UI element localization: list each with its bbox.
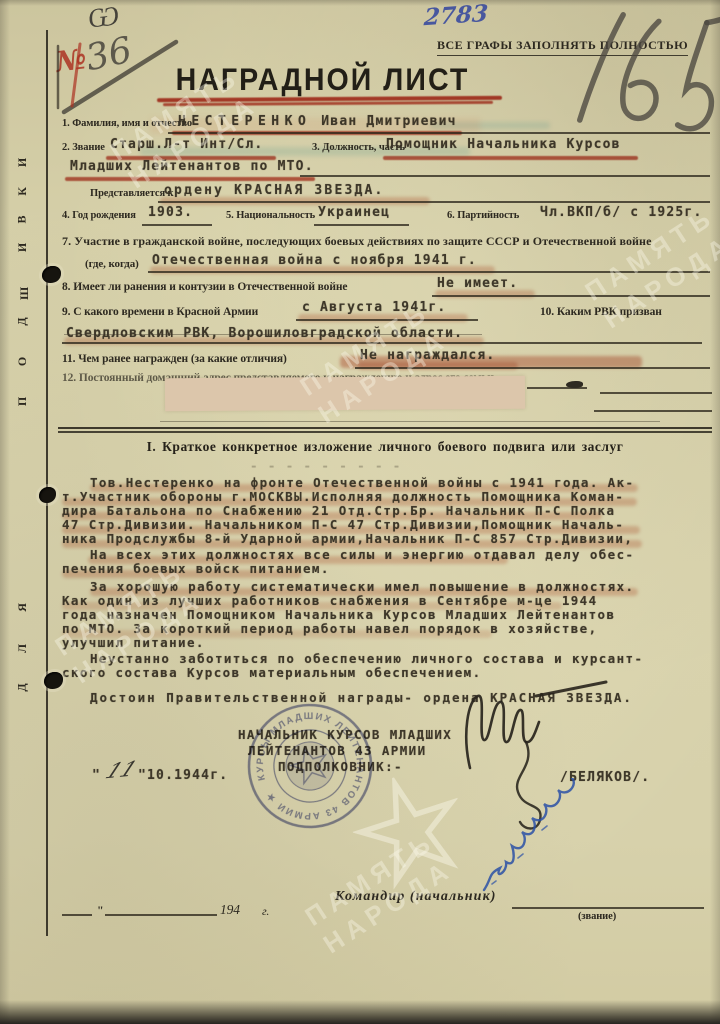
- body-line: улучшил питание.: [62, 635, 662, 650]
- field7-label: 7. Участие в гражданской войне, последую…: [62, 234, 652, 249]
- form-line: [148, 271, 710, 273]
- punch-hole: [39, 487, 56, 503]
- form-line: [158, 201, 710, 203]
- body-line: На всех этих должностях все силы и энерг…: [62, 547, 662, 562]
- field2-value: Старш.Л-т Инт/Сл.: [110, 137, 263, 152]
- presented-value: ордену КРАСНАЯ ЗВЕЗДА.: [164, 183, 385, 198]
- award-sheet-document: ПАМЯТЬ НАРОДА ПАМЯТЬ НАРОДА ПАМЯТЬ НАРОД…: [0, 0, 720, 1024]
- form-line: [296, 319, 478, 321]
- margin-letter: П: [15, 397, 30, 406]
- field7-value: Отечественная война с ноября 1941 г.: [152, 253, 477, 268]
- margin-letter: Д: [15, 683, 30, 691]
- field5-label: 5. Национальность: [226, 210, 315, 221]
- footer-year-blank: 194: [220, 902, 240, 918]
- punch-hole: [44, 672, 63, 689]
- field4-label: 4. Год рождения: [62, 210, 136, 221]
- form-line: [314, 224, 409, 226]
- margin-letter: В: [14, 216, 29, 224]
- form-line: [105, 914, 217, 916]
- form-line: [355, 367, 710, 369]
- ink-blob: [566, 381, 583, 388]
- scan-edge-bottom: [0, 1000, 720, 1024]
- body-line: Тов.Нестеренко на фронте Отечественной в…: [62, 475, 662, 490]
- punch-hole: [42, 266, 61, 283]
- title-red-underline: [163, 101, 493, 106]
- margin-letter: Я: [15, 603, 30, 612]
- field1-value: НЕСТЕРЕНКО Иван Дмитриевич: [178, 112, 457, 130]
- field2-label: 2. Звание: [62, 142, 105, 153]
- field4-value: 1903.: [148, 205, 193, 220]
- form-line: [62, 914, 92, 916]
- binding-line: [46, 30, 48, 936]
- form-line: [62, 342, 702, 344]
- scan-edge-right: [710, 0, 720, 1024]
- body-line: Неустанно заботиться по обеспечению личн…: [62, 651, 662, 666]
- red-smear: [435, 290, 535, 298]
- body-line: 47 Стр.Дивизии. Начальником П-С 47 Стр.Д…: [62, 517, 662, 532]
- body-line: по МТО. За короткий период работы навел …: [62, 621, 662, 636]
- presented-label: Представляется к: [90, 188, 174, 199]
- red-smear: [358, 362, 518, 370]
- scan-edge-top: [0, 0, 720, 6]
- body-line: ника Продслужбы 8-й Ударной армии,Началь…: [62, 531, 662, 546]
- date-rest: "10.1944г.: [138, 768, 228, 783]
- redaction-box: [165, 376, 525, 412]
- double-rule: [58, 427, 712, 429]
- scan-edge-left: [0, 0, 10, 1024]
- field9-value: с Августа 1941г.: [302, 300, 446, 315]
- field6-value: Чл.ВКП/б/ с 1925г.: [540, 205, 702, 220]
- field9-label: 9. С какого времени в Красной Армии: [62, 306, 258, 318]
- handwritten-day: 11: [102, 757, 141, 784]
- margin-letter: Л: [15, 644, 30, 653]
- margin-letter: Ш: [17, 287, 32, 300]
- body-line: года назначен Помощником Начальника Курс…: [62, 607, 662, 622]
- field7-sublabel: (где, когда): [85, 258, 139, 270]
- margin-letter: И: [15, 158, 30, 167]
- form-line: [600, 392, 712, 394]
- form-line: [300, 175, 710, 177]
- field5-value: Украинец: [318, 205, 390, 220]
- margin-letter: Д: [15, 317, 30, 325]
- footer-quote: ": [97, 903, 104, 918]
- field6-label: 6. Партийность: [447, 210, 519, 221]
- field10-value: Свердловским РВК, Ворошиловградской обла…: [66, 326, 463, 341]
- footer-year-suffix: г.: [262, 904, 269, 919]
- form-line: [594, 410, 712, 412]
- form-line: [142, 224, 212, 226]
- margin-letter: И: [15, 243, 30, 252]
- field8-value: Не имеет.: [437, 276, 518, 291]
- body-line: Как один из лучших работников снабжения …: [62, 593, 662, 608]
- red-smear: [298, 314, 468, 322]
- rank-caption: (звание): [578, 911, 616, 922]
- pencil-page-number: [548, 2, 720, 149]
- field11-label: 11. Чем ранее награжден (за какие отличи…: [62, 353, 287, 365]
- field8-label: 8. Имеет ли ранения и контузии в Отечест…: [62, 281, 347, 293]
- form-line: [432, 295, 710, 297]
- field11-value: Не награждался.: [360, 348, 495, 363]
- given-names-value: Иван Дмитриевич: [321, 114, 456, 129]
- field10-label: 10. Каким РВК призван: [540, 306, 662, 318]
- form-line: [160, 421, 660, 422]
- section1-heading: I. Краткое конкретное изложение личного …: [60, 439, 710, 455]
- body-line: дира Батальона по Снабжению 21 Отд.Стр.Б…: [62, 503, 662, 518]
- body-line: За хорошую работу систематически имел по…: [62, 579, 662, 594]
- double-rule: [58, 431, 712, 433]
- body-line: т.Участник обороны г.МОСКВЫ.Исполняя дол…: [62, 489, 662, 504]
- form-line: [512, 907, 704, 909]
- red-underline: [65, 177, 315, 181]
- body-line: печения боевых войск питанием.: [62, 561, 662, 576]
- margin-letter: К: [15, 187, 30, 196]
- pencil-strike-marks: [40, 20, 200, 120]
- red-underline: [383, 156, 638, 160]
- margin-letter: О: [15, 357, 30, 366]
- field3-value-line2: Младших Лейтенантов по МТО.: [70, 159, 314, 174]
- secondary-signature-blue: [472, 778, 652, 898]
- date-open-quote: ": [92, 768, 101, 783]
- faint-typed-marks: - - - - - - - - -: [250, 458, 402, 473]
